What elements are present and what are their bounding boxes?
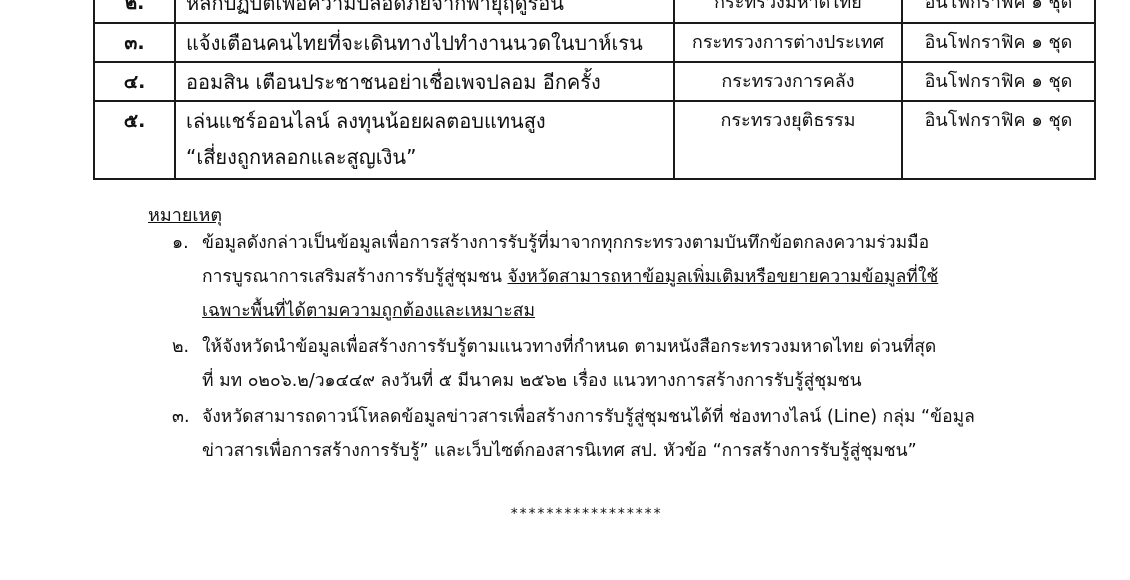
- note-line: ข่าวสารเพื่อการสร้างการรับรู้” และเว็บไซ…: [172, 434, 1052, 468]
- topic-line: แจ้งเตือนคนไทยที่จะเดินทางไปทำงานนวดในบา…: [186, 25, 673, 61]
- note-item: ๓. จังหวัดสามารถดาวน์โหลดข้อมูลข่าวสารเพ…: [172, 400, 1052, 468]
- note-marker: ๑.: [172, 226, 189, 260]
- row-format: อินโฟกราฟิค ๑ ชุด: [903, 102, 1094, 178]
- note-line: ที่ มท ๐๒๐๖.๒/ว๑๔๔๙ ลงวันที่ ๕ มีนาคม ๒๕…: [172, 364, 1052, 398]
- note-line: ข้อมูลดังกล่าวเป็นข้อมูลเพื่อการสร้างการ…: [172, 226, 1052, 260]
- topic-line: ออมสิน เตือนประชาชนอย่าเชื่อเพจปลอม อีกค…: [186, 64, 673, 100]
- note-marker: ๒.: [172, 330, 189, 364]
- note-item: ๑. ข้อมูลดังกล่าวเป็นข้อมูลเพื่อการสร้าง…: [172, 226, 1052, 328]
- row-ministry: กระทรวงการต่างประเทศ: [675, 24, 903, 61]
- note-text: การบูรณาการเสริมสร้างการรับรู้สู่ชุมชน: [202, 267, 508, 287]
- infographic-table: ๒. หลักปฏิบัติเพื่อความปลอดภัยจากพายุฤดู…: [93, 0, 1096, 180]
- notes-title: หมายเหตุ: [148, 200, 222, 229]
- topic-line: “เสี่ยงถูกหลอกและสูญเงิน”: [186, 139, 673, 175]
- row-format: อินโฟกราฟิค ๑ ชุด: [903, 0, 1094, 22]
- table-row: ๓. แจ้งเตือนคนไทยที่จะเดินทางไปทำงานนวดใ…: [95, 22, 1094, 61]
- row-number: ๒.: [95, 0, 176, 22]
- row-number: ๔.: [95, 63, 176, 100]
- note-line: เฉพาะพื้นที่ได้ตามความถูกต้องและเหมาะสม: [172, 294, 1052, 328]
- note-marker: ๓.: [172, 400, 190, 434]
- row-topic: เล่นแชร์ออนไลน์ ลงทุนน้อยผลตอบแทนสูง “เส…: [176, 102, 675, 178]
- row-format: อินโฟกราฟิค ๑ ชุด: [903, 24, 1094, 61]
- table-row: ๒. หลักปฏิบัติเพื่อความปลอดภัยจากพายุฤดู…: [95, 0, 1094, 22]
- note-line: จังหวัดสามารถดาวน์โหลดข้อมูลข่าวสารเพื่อ…: [172, 400, 1052, 434]
- row-ministry: กระทรวงยุติธรรม: [675, 102, 903, 178]
- topic-line: เล่นแชร์ออนไลน์ ลงทุนน้อยผลตอบแทนสูง: [186, 103, 673, 139]
- row-topic: ออมสิน เตือนประชาชนอย่าเชื่อเพจปลอม อีกค…: [176, 63, 675, 100]
- row-format: อินโฟกราฟิค ๑ ชุด: [903, 63, 1094, 100]
- row-ministry: กระทรวงมหาดไทย: [675, 0, 903, 22]
- note-item: ๒. ให้จังหวัดนำข้อมูลเพื่อสร้างการรับรู้…: [172, 330, 1052, 398]
- topic-line: หลักปฏิบัติเพื่อความปลอดภัยจากพายุฤดูร้อ…: [186, 0, 673, 21]
- row-number: ๓.: [95, 24, 176, 61]
- row-ministry: กระทรวงการคลัง: [675, 63, 903, 100]
- row-topic: แจ้งเตือนคนไทยที่จะเดินทางไปทำงานนวดในบา…: [176, 24, 675, 61]
- table-row: ๕. เล่นแชร์ออนไลน์ ลงทุนน้อยผลตอบแทนสูง …: [95, 100, 1094, 178]
- note-line: การบูรณาการเสริมสร้างการรับรู้สู่ชุมชน จ…: [172, 260, 1052, 294]
- note-line: ให้จังหวัดนำข้อมูลเพื่อสร้างการรับรู้ตาม…: [172, 330, 1052, 364]
- note-emphasis: จังหวัดสามารถหาข้อมูลเพิ่มเติมหรือขยายคว…: [508, 267, 939, 287]
- note-emphasis: เฉพาะพื้นที่ได้ตามความถูกต้องและเหมาะสม: [202, 301, 535, 321]
- table-row: ๔. ออมสิน เตือนประชาชนอย่าเชื่อเพจปลอม อ…: [95, 61, 1094, 100]
- row-topic: หลักปฏิบัติเพื่อความปลอดภัยจากพายุฤดูร้อ…: [176, 0, 675, 22]
- end-of-document-marker: *****************: [510, 506, 662, 522]
- row-number: ๕.: [95, 102, 176, 178]
